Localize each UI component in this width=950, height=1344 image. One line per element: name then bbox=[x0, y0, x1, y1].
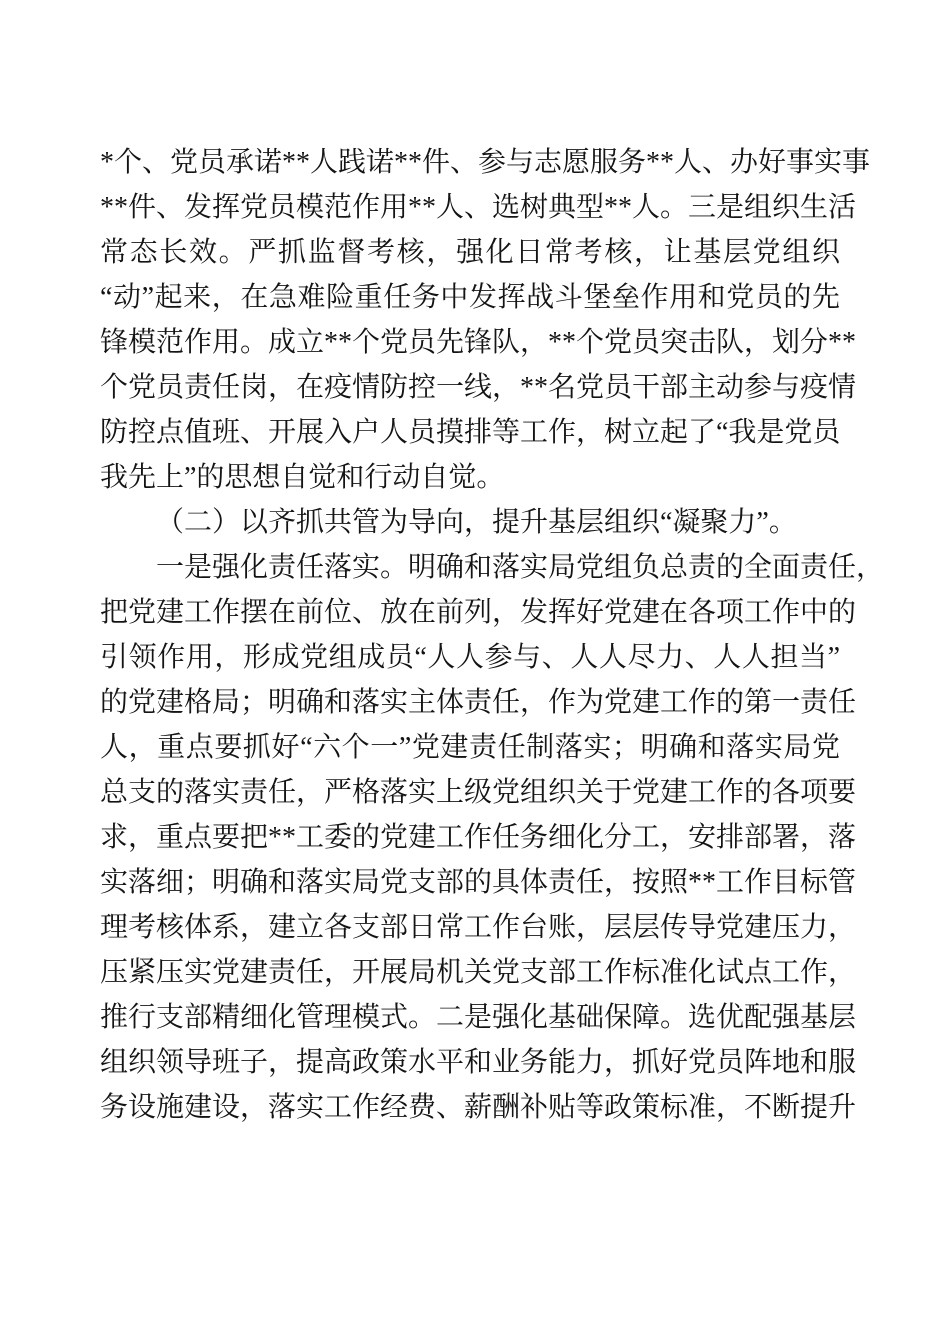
document-page: *个、党员承诺**人践诺**件、参与志愿服务**人、办好事实事**件、发挥党员模… bbox=[0, 0, 950, 1344]
document-text-block: *个、党员承诺**人践诺**件、参与志愿服务**人、办好事实事**件、发挥党员模… bbox=[100, 140, 840, 1130]
body-text-line: 个党员责任岗，在疫情防控一线，**名党员干部主动参与疫情 bbox=[100, 365, 840, 410]
body-text-line: 锋模范作用。成立**个党员先锋队，**个党员突击队，划分** bbox=[100, 320, 840, 365]
body-text-line: 常态长效。严抓监督考核，强化日常考核，让基层党组织 bbox=[100, 230, 840, 275]
body-text-line: 压紧压实党建责任，开展局机关党支部工作标准化试点工作， bbox=[100, 950, 840, 995]
body-text-line: 实落细；明确和落实局党支部的具体责任，按照**工作目标管 bbox=[100, 860, 840, 905]
body-text-line: 防控点值班、开展入户人员摸排等工作，树立起了“我是党员 bbox=[100, 410, 840, 455]
body-text-line: 我先上”的思想自觉和行动自觉。 bbox=[100, 455, 840, 500]
body-text-line: *个、党员承诺**人践诺**件、参与志愿服务**人、办好事实事 bbox=[100, 140, 840, 185]
body-text-line: 务设施建设，落实工作经费、薪酬补贴等政策标准，不断提升 bbox=[100, 1085, 840, 1130]
body-text-line: 一是强化责任落实。明确和落实局党组负总责的全面责任， bbox=[100, 545, 840, 590]
body-text-line: 引领作用，形成党组成员“人人参与、人人尽力、人人担当” bbox=[100, 635, 840, 680]
body-text-line: 总支的落实责任，严格落实上级党组织关于党建工作的各项要 bbox=[100, 770, 840, 815]
body-text-line: 的党建格局；明确和落实主体责任，作为党建工作的第一责任 bbox=[100, 680, 840, 725]
body-text-line: 把党建工作摆在前位、放在前列，发挥好党建在各项工作中的 bbox=[100, 590, 840, 635]
body-text-line: 理考核体系，建立各支部日常工作台账，层层传导党建压力， bbox=[100, 905, 840, 950]
body-text-line: **件、发挥党员模范作用**人、选树典型**人。三是组织生活 bbox=[100, 185, 840, 230]
body-text-line: 人，重点要抓好“六个一”党建责任制落实；明确和落实局党 bbox=[100, 725, 840, 770]
body-text-line: 求，重点要把**工委的党建工作任务细化分工，安排部署，落 bbox=[100, 815, 840, 860]
body-text-line: 推行支部精细化管理模式。二是强化基础保障。选优配强基层 bbox=[100, 995, 840, 1040]
section-heading-line: （二）以齐抓共管为导向，提升基层组织“凝聚力”。 bbox=[100, 500, 840, 545]
body-text-line: 组织领导班子，提高政策水平和业务能力，抓好党员阵地和服 bbox=[100, 1040, 840, 1085]
body-text-line: “动”起来，在急难险重任务中发挥战斗堡垒作用和党员的先 bbox=[100, 275, 840, 320]
